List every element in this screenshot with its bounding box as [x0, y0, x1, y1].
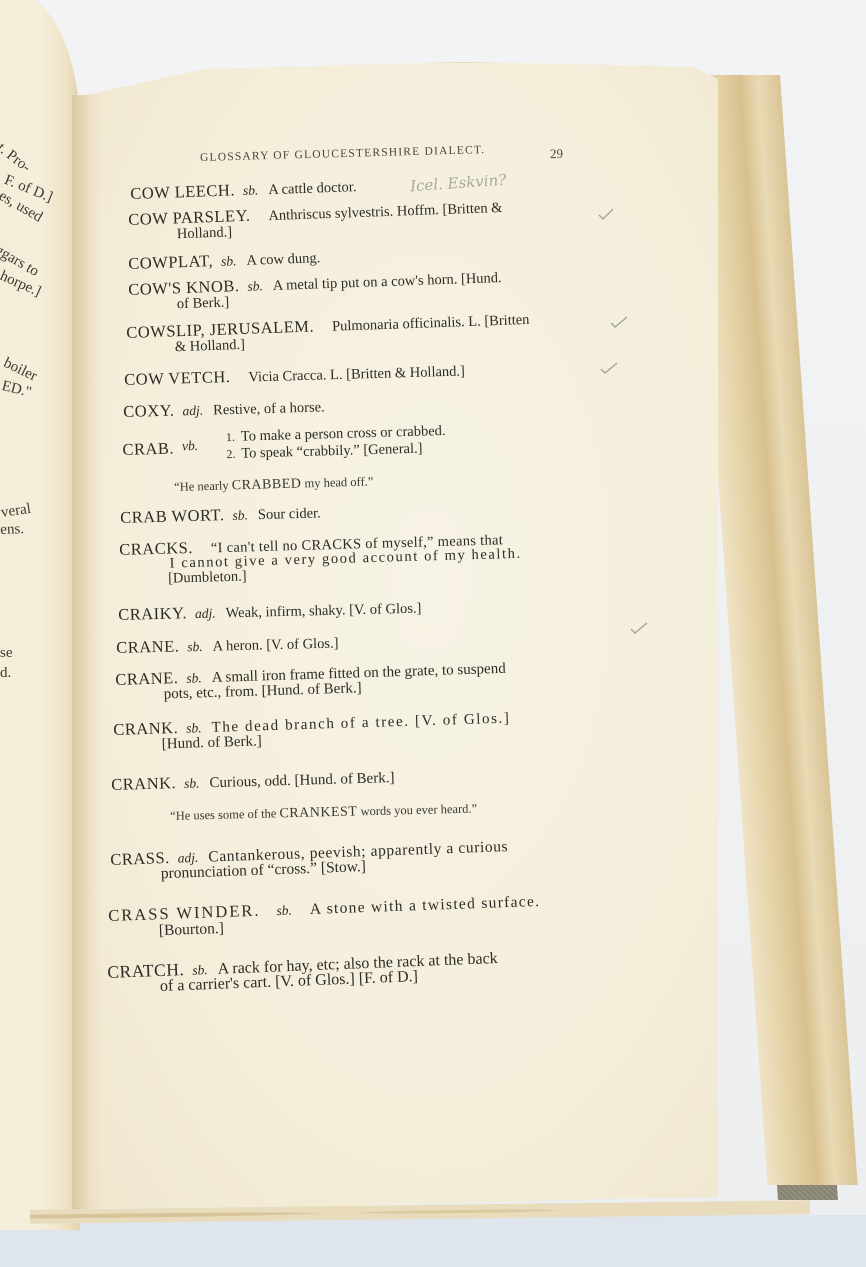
headword: COW VETCH.: [124, 367, 231, 389]
definition: Vicia Cracca. L. [Britten & Holland.]: [248, 363, 465, 385]
running-head: GLOSSARY OF GLOUCESTERSHIRE DIALECT.: [200, 144, 486, 164]
numbered-senses: 1.To make a person cross or crabbed. 2.T…: [226, 423, 447, 463]
glossary-entry: COWPLAT,sb.A cow dung.: [128, 247, 321, 274]
glossary-entry: CRANK.sb.Curious, odd. [Hund. of Berk.]: [111, 767, 395, 795]
part-of-speech: adj.: [182, 403, 203, 419]
glossary-entry: COW PARSLEY.Anthriscus sylvestris. Hoffm…: [128, 197, 503, 245]
part-of-speech: sb.: [186, 720, 202, 735]
glossary-entry: CRANE.sb.A small iron frame fitted on th…: [115, 658, 506, 705]
glossary-entry: COWSLIP, JERUSALEM.Pulmonaria officinali…: [126, 309, 530, 358]
glossary-entry: COW'S KNOB.sb.A metal tip put on a cow's…: [128, 267, 502, 315]
handwritten-note: Icel. Eskvin?: [409, 171, 506, 196]
glossary-entry: CRANK.sb.The dead branch of a tree. [V. …: [113, 708, 511, 755]
part-of-speech: sb.: [187, 639, 203, 654]
part-of-speech: sb.: [186, 670, 202, 685]
headword: COW LEECH.: [130, 180, 235, 203]
part-of-speech: sb.: [184, 776, 200, 791]
headword: COXY.: [123, 401, 175, 421]
part-of-speech: sb.: [221, 253, 237, 269]
glossary-entry: CRASS.adj.Cantankerous, peevish; apparen…: [110, 836, 509, 885]
glossary-entry: COW LEECH.sb.A cattle doctor.: [130, 176, 357, 204]
part-of-speech: [258, 208, 259, 223]
glossary-entry: COXY.adj.Restive, of a horse.: [123, 396, 325, 422]
pencil-checkmark-icon: [610, 316, 624, 326]
usage-example: “He nearly CRABBED my head off.”: [174, 474, 374, 496]
usage-example: “He uses some of the CRANKEST words you …: [170, 801, 477, 824]
glossary-entry: CRACKS.“I can't tell no CRACKS of myself…: [119, 529, 522, 589]
page-text: GLOSSARY OF GLOUCESTERSHIRE DIALECT. 29 …: [0, 0, 866, 1267]
glossary-entry: CRANE.sb.A heron. [V. of Glos.]: [116, 633, 339, 658]
definition: A heron. [V. of Glos.]: [212, 636, 338, 655]
part-of-speech: sb.: [247, 278, 263, 294]
headword: CRAB WORT.: [120, 505, 225, 527]
pencil-checkmark-icon: [630, 622, 644, 632]
part-of-speech: adj.: [195, 606, 216, 621]
page-number: 29: [550, 146, 563, 162]
definition: A cow dung.: [246, 250, 320, 269]
part-of-speech: sb.: [276, 903, 292, 919]
part-of-speech: vb.: [182, 438, 199, 453]
glossary-entry: CRAIKY.adj.Weak, infirm, shaky. [V. of G…: [118, 598, 422, 625]
headword: COWPLAT,: [128, 251, 213, 273]
definition: A cattle doctor.: [268, 179, 357, 198]
headword: CRANK.: [111, 773, 176, 794]
pencil-checkmark-icon: [600, 362, 614, 372]
headword: CRAB.: [122, 439, 174, 459]
definition: Restive, of a horse.: [213, 399, 325, 418]
pencil-checkmark-icon: [598, 208, 612, 218]
definition: Curious, odd. [Hund. of Berk.]: [209, 770, 394, 791]
headword: CRAIKY.: [118, 603, 187, 624]
glossary-entry: COW VETCH.Vicia Cracca. L. [Britten & Ho…: [124, 360, 465, 390]
glossary-entry: CRASS WINDER.sb.A stone with a twisted s…: [108, 891, 541, 942]
part-of-speech: sb.: [243, 183, 259, 199]
definition: Sour cider.: [258, 505, 321, 523]
glossary-entry: CRAB.vb. 1.To make a person cross or cra…: [122, 423, 446, 466]
definition: Weak, infirm, shaky. [V. of Glos.]: [225, 601, 421, 622]
part-of-speech: [322, 319, 323, 334]
glossary-entry: CRAB WORT.sb.Sour cider.: [120, 502, 321, 528]
part-of-speech: sb.: [232, 507, 248, 522]
glossary-entry: CRATCH.sb.A rack for hay, etc; also the …: [107, 947, 499, 998]
headword: CRANE.: [116, 636, 179, 657]
